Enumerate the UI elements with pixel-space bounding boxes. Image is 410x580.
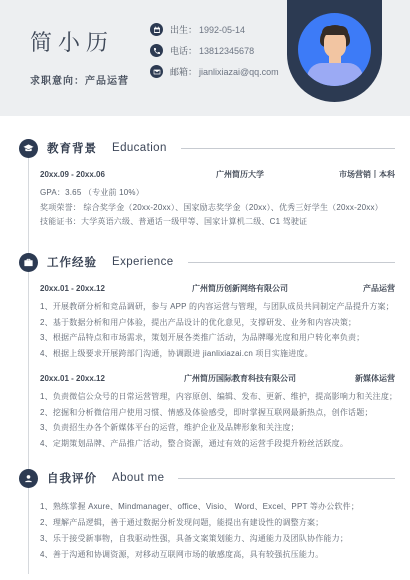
about-line: 2、理解产品逻辑，善于通过数据分析发现问题，能提出有建设性的调整方案；: [40, 515, 395, 531]
education-school: 广州简历大学: [145, 169, 335, 181]
job-2-row: 20xx.01 - 20xx.12 广州简历国际教育科技有限公司 新媒体运营: [40, 373, 395, 385]
education-certificates: 技能证书：大学英语六级、普通话一级甲等、国家计算机二级、C1 驾驶证: [40, 215, 395, 230]
contact-row-email: 邮箱： jianlixiazai@qq.com: [150, 65, 279, 78]
about-line: 4、善于沟通和协调资源，对移动互联网市场的敏感度高，具有较强抗压能力。: [40, 547, 395, 563]
job-2-company: 广州简历国际教育科技有限公司: [145, 373, 335, 385]
job-1-period: 20xx.01 - 20xx.12: [40, 283, 145, 295]
education-awards: 奖项荣誉： 综合奖学金（20xx-20xx）、国家励志奖学金（20xx）、优秀三…: [40, 201, 395, 216]
email-label: 邮箱：: [170, 65, 197, 78]
header-band: 简小历 求职意向：产品运营 出生： 1992-05-14 电话： 1381234…: [0, 0, 410, 116]
contact-list: 出生： 1992-05-14 电话： 13812345678 邮箱： jianl…: [150, 23, 279, 78]
job-2-role: 新媒体运营: [335, 373, 395, 385]
birth-label: 出生：: [170, 23, 197, 36]
job-2-duty: 3、负责招生办各个新媒体平台的运营，维护企业及品牌形象和关注度；: [40, 420, 395, 436]
avatar-face: [324, 31, 346, 58]
phone-value: 13812345678: [199, 46, 254, 56]
job-1-row: 20xx.01 - 20xx.12 广州简历创新网络有限公司 产品运营: [40, 283, 395, 295]
experience-title-en: Experience: [112, 256, 174, 268]
about-title-en: About me: [112, 472, 164, 484]
briefcase-icon: [19, 253, 38, 272]
email-value: jianlixiazai@qq.com: [199, 67, 279, 77]
job-2-duty: 2、挖掘和分析微信用户使用习惯、情感及体验感受，即时掌握互联网最新热点，创作话题…: [40, 405, 395, 421]
job-2-duty: 4、定期策划品牌、产品推广活动，整合资源，通过有效的运营手段提升粉丝活跃度。: [40, 436, 395, 452]
avatar: [298, 13, 371, 86]
mail-icon: [150, 65, 163, 78]
experience-header: 工作经验 Experience: [0, 252, 410, 272]
education-title-zh: 教育背景: [47, 140, 97, 156]
job-1-duty: 4、根据上级要求开展跨部门沟通，协调跟进 jianlixiazai.cn 项目实…: [40, 346, 395, 362]
contact-row-birth: 出生： 1992-05-14: [150, 23, 279, 36]
about-rule: [178, 478, 395, 479]
resume-page: 简小历 求职意向：产品运营 出生： 1992-05-14 电话： 1381234…: [0, 0, 410, 580]
job-1-duty: 1、开展教研分析和竞品调研，参与 APP 的内容运营与管理，与团队成员共同制定产…: [40, 299, 395, 315]
photo-badge: [287, 0, 382, 102]
job-intention: 求职意向：产品运营: [30, 72, 129, 87]
graduation-cap-icon: [19, 139, 38, 158]
experience-rule: [188, 262, 395, 263]
candidate-name: 简小历: [30, 26, 129, 57]
job-1-duty: 2、基于数据分析和用户体验，提出产品设计的优化意见，支撑研发、业务和内容决策；: [40, 315, 395, 331]
about-title-zh: 自我评价: [47, 470, 97, 486]
phone-label: 电话：: [170, 44, 197, 57]
avatar-fringe: [322, 26, 348, 35]
phone-icon: [150, 44, 163, 57]
job-1-role: 产品运营: [335, 283, 395, 295]
job-2-duties: 1、负责微信公众号的日常运营管理，内容原创、编辑、发布、更新、维护，提高影响力和…: [40, 389, 395, 451]
birth-value: 1992-05-14: [199, 25, 245, 35]
job-entry-2: 20xx.01 - 20xx.12 广州简历国际教育科技有限公司 新媒体运营 1…: [40, 373, 395, 451]
education-period: 20xx.09 - 20xx.06: [40, 169, 145, 181]
experience-title-zh: 工作经验: [47, 254, 97, 270]
about-lines: 1、熟练掌握 Axure、Mindmanager、office、Visio、 W…: [40, 499, 395, 563]
section-education: 教育背景 Education 20xx.09 - 20xx.06 广州简历大学 …: [0, 138, 410, 230]
avatar-shirt: [307, 63, 363, 86]
education-major: 市场营销丨本科: [335, 169, 395, 181]
about-line: 3、乐于接受新事物，自我驱动性强，具备文案策划能力、沟通能力及团队协作能力；: [40, 531, 395, 547]
education-row: 20xx.09 - 20xx.06 广州简历大学 市场营销丨本科: [40, 169, 395, 181]
job-2-period: 20xx.01 - 20xx.12: [40, 373, 145, 385]
job-1-duties: 1、开展教研分析和竞品调研，参与 APP 的内容运营与管理，与团队成员共同制定产…: [40, 299, 395, 361]
about-line: 1、熟练掌握 Axure、Mindmanager、office、Visio、 W…: [40, 499, 395, 515]
job-1-company: 广州简历创新网络有限公司: [145, 283, 335, 295]
education-details: GPA：3.65 （专业前 10%） 奖项荣誉： 综合奖学金（20xx-20xx…: [40, 186, 395, 230]
experience-body: 20xx.01 - 20xx.12 广州简历创新网络有限公司 产品运营 1、开展…: [40, 283, 395, 451]
education-title-en: Education: [112, 142, 167, 154]
education-rule: [181, 148, 395, 149]
education-body: 20xx.09 - 20xx.06 广州简历大学 市场营销丨本科 GPA：3.6…: [40, 169, 395, 230]
calendar-icon: [150, 23, 163, 36]
education-header: 教育背景 Education: [0, 138, 410, 158]
about-header: 自我评价 About me: [0, 468, 410, 488]
section-experience: 工作经验 Experience 20xx.01 - 20xx.12 广州简历创新…: [0, 252, 410, 451]
section-about: 自我评价 About me 1、熟练掌握 Axure、Mindmanager、o…: [0, 468, 410, 563]
job-2-duty: 1、负责微信公众号的日常运营管理，内容原创、编辑、发布、更新、维护，提高影响力和…: [40, 389, 395, 405]
job-1-duty: 3、根据产品特点和市场需求，策划开展各类推广活动，为品牌曝光度和用户转化率负责；: [40, 330, 395, 346]
education-gpa: GPA：3.65 （专业前 10%）: [40, 186, 395, 201]
name-block: 简小历 求职意向：产品运营: [30, 26, 129, 87]
person-icon: [19, 469, 38, 488]
contact-row-phone: 电话： 13812345678: [150, 44, 279, 57]
job-entry-1: 20xx.01 - 20xx.12 广州简历创新网络有限公司 产品运营 1、开展…: [40, 283, 395, 361]
about-body: 1、熟练掌握 Axure、Mindmanager、office、Visio、 W…: [40, 499, 395, 563]
